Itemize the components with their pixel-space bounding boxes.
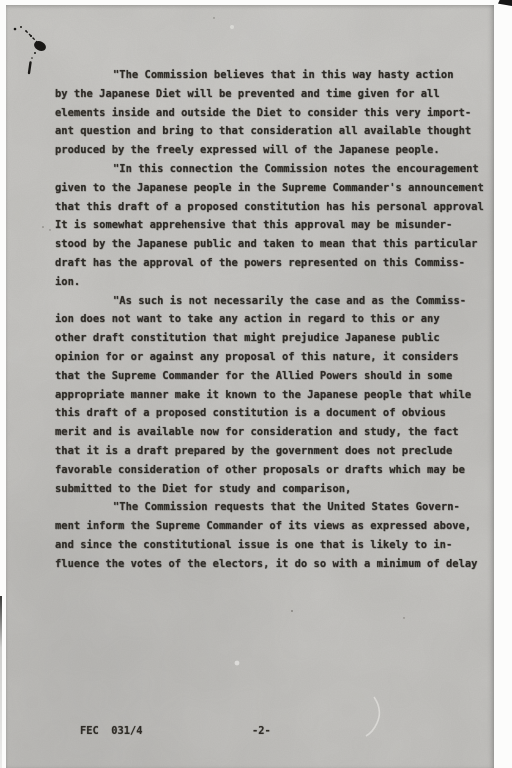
typewritten-line: stood by the Japanese public and taken t… <box>55 235 485 254</box>
typewritten-line: "The Commission requests that the United… <box>55 498 485 517</box>
typewritten-line: "In this connection the Commission notes… <box>55 160 485 179</box>
typewritten-line: that the Supreme Commander for the Allie… <box>55 367 485 386</box>
typewritten-line: "As such is not necessarily the case and… <box>55 292 485 311</box>
typewritten-line: ion does not want to take any action in … <box>55 310 485 329</box>
typewritten-line: this draft of a proposed constitution is… <box>55 404 485 423</box>
typewritten-line: produced by the freely expressed will of… <box>55 141 485 160</box>
typewritten-line: submitted to the Diet for study and comp… <box>55 480 485 499</box>
typewritten-line: ant question and bring to that considera… <box>55 122 485 141</box>
typewritten-line: "The Commission believes that in this wa… <box>55 66 485 85</box>
scan-edge-line <box>0 596 2 768</box>
typewritten-line: ion. <box>55 273 485 292</box>
document-reference: FEC 031/4 <box>80 722 143 740</box>
typewritten-line: other draft constitution that might prej… <box>55 329 485 348</box>
scanned-document-page: { "document": { "kind": "scanned typewri… <box>0 0 512 768</box>
scan-corner-mark <box>498 0 512 6</box>
typewritten-line: elements inside and outside the Diet to … <box>55 104 485 123</box>
page-number: -2- <box>252 722 271 740</box>
typewritten-line: draft has the approval of the powers rep… <box>55 254 485 273</box>
typewritten-line: merit and is available now for considera… <box>55 423 485 442</box>
paragraph: "The Commission requests that the United… <box>55 498 485 573</box>
typewritten-line: by the Japanese Diet will be prevented a… <box>55 85 485 104</box>
typewritten-line: and since the constitutional issue is on… <box>55 536 485 555</box>
paragraph: "In this connection the Commission notes… <box>55 160 485 292</box>
paragraph: "As such is not necessarily the case and… <box>55 292 485 499</box>
typewritten-line: ment inform the Supreme Commander of its… <box>55 517 485 536</box>
typewritten-line: opinion for or against any proposal of t… <box>55 348 485 367</box>
paragraph: "The Commission believes that in this wa… <box>55 66 485 160</box>
typewritten-line: It is somewhat apprehensive that this ap… <box>55 216 485 235</box>
typewritten-line: favorable consideration of other proposa… <box>55 461 485 480</box>
text-block: "The Commission believes that in this wa… <box>55 66 485 574</box>
typewritten-line: that this draft of a proposed constituti… <box>55 198 485 217</box>
typewritten-line: fluence the votes of the electors, it do… <box>55 555 485 574</box>
page-footer: FEC 031/4 -2- <box>0 722 512 742</box>
typewritten-line: given to the Japanese people in the Supr… <box>55 179 485 198</box>
typewritten-line: that it is a draft prepared by the gover… <box>55 442 485 461</box>
typewritten-line: appropriate manner make it known to the … <box>55 386 485 405</box>
